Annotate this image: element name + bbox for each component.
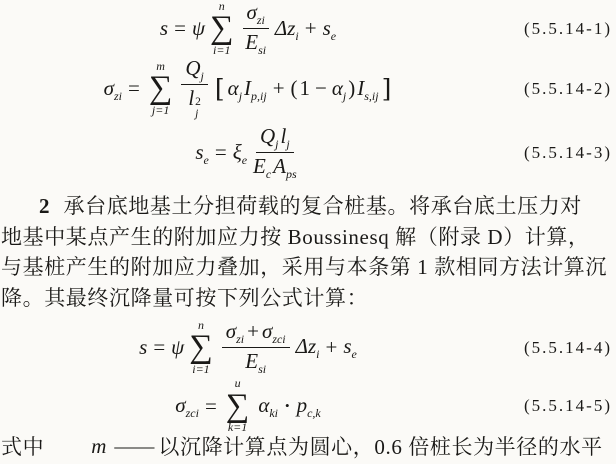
- fraction: σzi+σzci Esi: [222, 320, 290, 375]
- fraction: σzi Esi: [243, 1, 269, 56]
- formula-5-5-14-4: s = ψ n ∑ i=1 σzi+σzci Esi Δzi + se (5.5…: [0, 316, 616, 379]
- term-I-p-ij: Ip,ij: [244, 76, 267, 102]
- sigma-sum-icon: ∑: [149, 73, 173, 103]
- equals-sign: =: [205, 394, 217, 419]
- subscript: ki: [269, 406, 278, 420]
- numerator: Qj: [181, 57, 208, 85]
- numerator: σzi: [243, 1, 269, 29]
- where-description: 以沉降计算点为圆心，0.6 倍桩长为半径的水平: [158, 431, 602, 461]
- formula-1-expression: s = ψ n ∑ i=1 σzi Esi Δzi + se: [0, 0, 496, 57]
- subscript: zci: [186, 406, 199, 420]
- denominator: Esi: [245, 348, 266, 375]
- subscript: zi: [114, 89, 122, 103]
- left-bracket: [: [215, 76, 225, 101]
- where-prefix: 式中: [1, 431, 44, 461]
- where-symbol-m: m: [91, 434, 106, 459]
- paragraph-line-4: 降。其最终沉降量可按下列公式计算：: [1, 283, 616, 314]
- symbol-s: s: [160, 16, 168, 41]
- subscript: e: [204, 153, 209, 167]
- plus-sign: +: [326, 335, 338, 360]
- sigma-sum-icon: ∑: [226, 391, 250, 421]
- summation: n ∑ i=1: [210, 0, 234, 57]
- symbol-psi: ψ: [192, 16, 205, 41]
- subscript: i: [316, 347, 319, 361]
- symbol-s: s: [139, 335, 147, 360]
- subscript: e: [331, 29, 336, 43]
- equation-number: (5.5.14-1): [496, 19, 616, 39]
- symbol-sigma-z: σ: [247, 0, 257, 24]
- summation: m ∑ j=1: [149, 60, 173, 118]
- sup-sub-stack: 2j: [195, 96, 201, 120]
- subscript: ps: [286, 167, 297, 181]
- formula-3-expression: se = ξe Qjlj EcAps: [0, 125, 496, 180]
- subscript: j: [201, 69, 204, 83]
- plus-sign: +: [247, 319, 259, 343]
- formula-2-expression: σzi = m ∑ j=1 Qj l2j [ αj Ip,ij + ( 1 − …: [0, 57, 496, 120]
- symbol-l: l: [188, 86, 194, 110]
- fraction: Qjlj EcAps: [253, 125, 297, 180]
- subscript: si: [258, 362, 266, 376]
- right-bracket: ]: [382, 76, 392, 101]
- sigma-sum-icon: ∑: [189, 332, 213, 362]
- symbol-Q: Q: [185, 56, 200, 80]
- formula-5-expression: σzci = u ∑ k=1 αki • pc,k: [0, 377, 496, 435]
- symbol-E: E: [245, 30, 258, 54]
- subscript: i: [295, 29, 298, 43]
- subscript: s,ij: [364, 89, 378, 103]
- equals-sign: =: [128, 76, 140, 101]
- subscript: p,ij: [251, 89, 267, 103]
- subscript: j: [275, 137, 278, 151]
- sigma-sum-icon: ∑: [210, 13, 234, 43]
- plus-sign: +: [305, 16, 317, 41]
- formula-5-5-14-2: σzi = m ∑ j=1 Qj l2j [ αj Ip,ij + ( 1 − …: [0, 57, 616, 120]
- formula-5-5-14-1: s = ψ n ∑ i=1 σzi Esi Δzi + se (5.5.14-1…: [0, 0, 616, 57]
- equation-number: (5.5.14-3): [496, 143, 616, 163]
- plus-sign: +: [273, 76, 285, 101]
- numerator: Qjlj: [256, 125, 294, 153]
- paragraph-line-1: 2承台底地基土分担荷载的复合桩基。将承台底土压力对: [1, 191, 616, 222]
- subscript: j: [343, 89, 346, 103]
- term-se: se: [323, 16, 337, 42]
- equals-sign: =: [215, 140, 227, 165]
- symbol-psi: ψ: [171, 335, 184, 360]
- subscript: c: [266, 167, 271, 181]
- number-one: 1: [300, 76, 311, 101]
- paragraph-text: 承台底地基土分担荷载的复合桩基。将承台底土压力对: [64, 194, 582, 218]
- term-alpha-j: αj: [228, 76, 242, 102]
- subscript: zci: [272, 332, 285, 346]
- term-p-ck: pc,k: [297, 393, 321, 419]
- where-clause: 式中 m —— 以沉降计算点为圆心，0.6 倍桩长为半径的水平: [1, 431, 603, 461]
- sum-lower-limit: j=1: [152, 104, 169, 118]
- document-page: s = ψ n ∑ i=1 σzi Esi Δzi + se (5.5.14-1…: [0, 0, 616, 464]
- denominator: EcAps: [253, 153, 297, 180]
- equals-sign: =: [153, 335, 165, 360]
- equation-number: (5.5.14-2): [496, 79, 616, 99]
- subscript: e: [242, 153, 247, 167]
- term-sigma-zi: σzi: [104, 76, 122, 102]
- paragraph-line-2: 地基中某点产生的附加应力按 Boussinesq 解（附录 D）计算，: [1, 222, 616, 253]
- subscript: zi: [257, 13, 265, 27]
- sum-lower-limit: i=1: [192, 363, 209, 377]
- subscript: c,k: [307, 406, 321, 420]
- subscript: si: [258, 43, 266, 57]
- fraction: Qj l2j: [181, 57, 208, 120]
- formula-5-5-14-5: σzci = u ∑ k=1 αki • pc,k (5.5.14-5): [0, 379, 616, 433]
- paragraph-clause-2: 2承台底地基土分担荷载的复合桩基。将承台底土压力对 地基中某点产生的附加应力按 …: [1, 191, 616, 313]
- paragraph-line-3: 与基桩产生的附加应力叠加，采用与本条第 1 款相同方法计算沉: [1, 252, 616, 283]
- clause-number: 2: [39, 194, 50, 218]
- term-I-s-ij: Is,ij: [357, 76, 378, 102]
- subscript: j: [239, 89, 242, 103]
- subscript: j: [286, 137, 289, 151]
- term-delta-z: Δzi: [275, 16, 299, 42]
- term-alpha-ki: αki: [258, 393, 278, 419]
- where-dash: ——: [114, 434, 152, 459]
- equation-number: (5.5.14-5): [496, 396, 616, 416]
- term-xi-e: ξe: [233, 140, 247, 166]
- term-se: se: [343, 334, 357, 360]
- right-paren: ): [348, 76, 355, 101]
- term-delta-z: Δzi: [296, 334, 320, 360]
- term-sigma-zci: σzci: [175, 393, 199, 419]
- left-paren: (: [291, 76, 298, 101]
- numerator: σzi+σzci: [222, 320, 290, 348]
- summation: n ∑ i=1: [189, 319, 213, 377]
- term-se: se: [195, 140, 209, 166]
- denominator: Esi: [245, 29, 266, 56]
- sum-lower-limit: i=1: [213, 44, 230, 58]
- equation-number: (5.5.14-4): [496, 338, 616, 358]
- formula-5-5-14-3: se = ξe Qjlj EcAps (5.5.14-3): [0, 119, 616, 186]
- subscript: zi: [236, 332, 244, 346]
- term-alpha-j: αj: [332, 76, 346, 102]
- multiplication-dot: •: [285, 398, 290, 414]
- denominator: l2j: [188, 85, 201, 120]
- minus-sign: −: [315, 76, 327, 101]
- equals-sign: =: [174, 16, 186, 41]
- summation: u ∑ k=1: [226, 377, 250, 435]
- subscript: e: [352, 347, 357, 361]
- formula-4-expression: s = ψ n ∑ i=1 σzi+σzci Esi Δzi + se: [0, 319, 496, 377]
